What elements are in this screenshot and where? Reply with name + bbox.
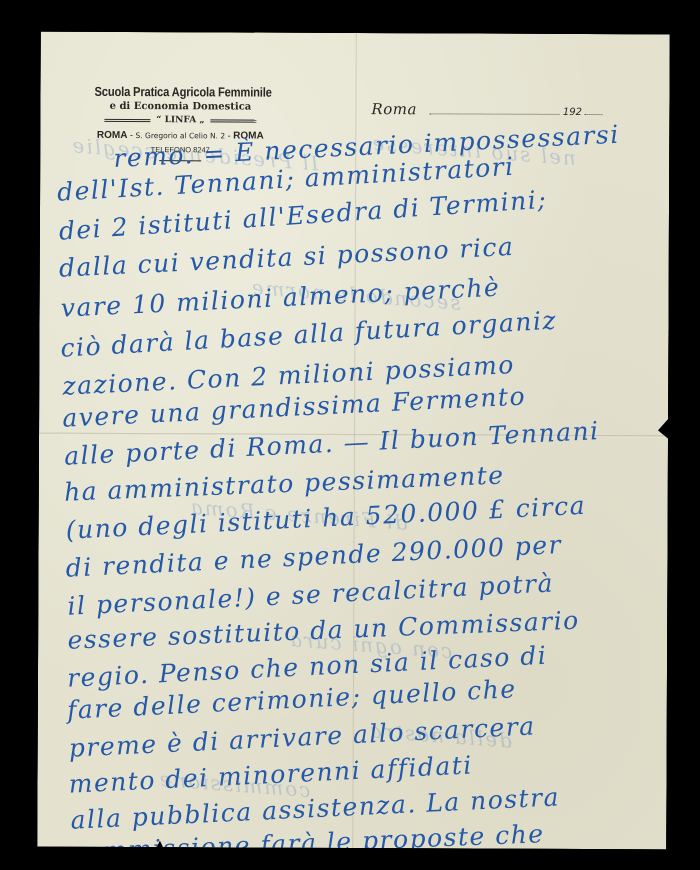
address-city: ROMA [97,130,128,141]
decorative-rule [210,119,256,122]
date-city: Roma [371,100,417,118]
motto-row: “ LINFA „ [80,115,280,126]
date-line: Roma 192 [371,100,602,119]
institution-name: Scuola Pratica Agricola Femminile [94,84,266,100]
letter-page: Il Presidente sceglie nel suo interesse … [37,32,670,850]
date-dotted-blank [429,113,559,115]
motto: “ LINFA „ [156,115,204,125]
decorative-rule [104,118,150,121]
date-year-blank [584,114,602,115]
institution-subtitle: e di Economia Domestica [80,101,280,113]
address-separator: - [130,130,133,140]
date-year-prefix: 192 [563,107,582,118]
